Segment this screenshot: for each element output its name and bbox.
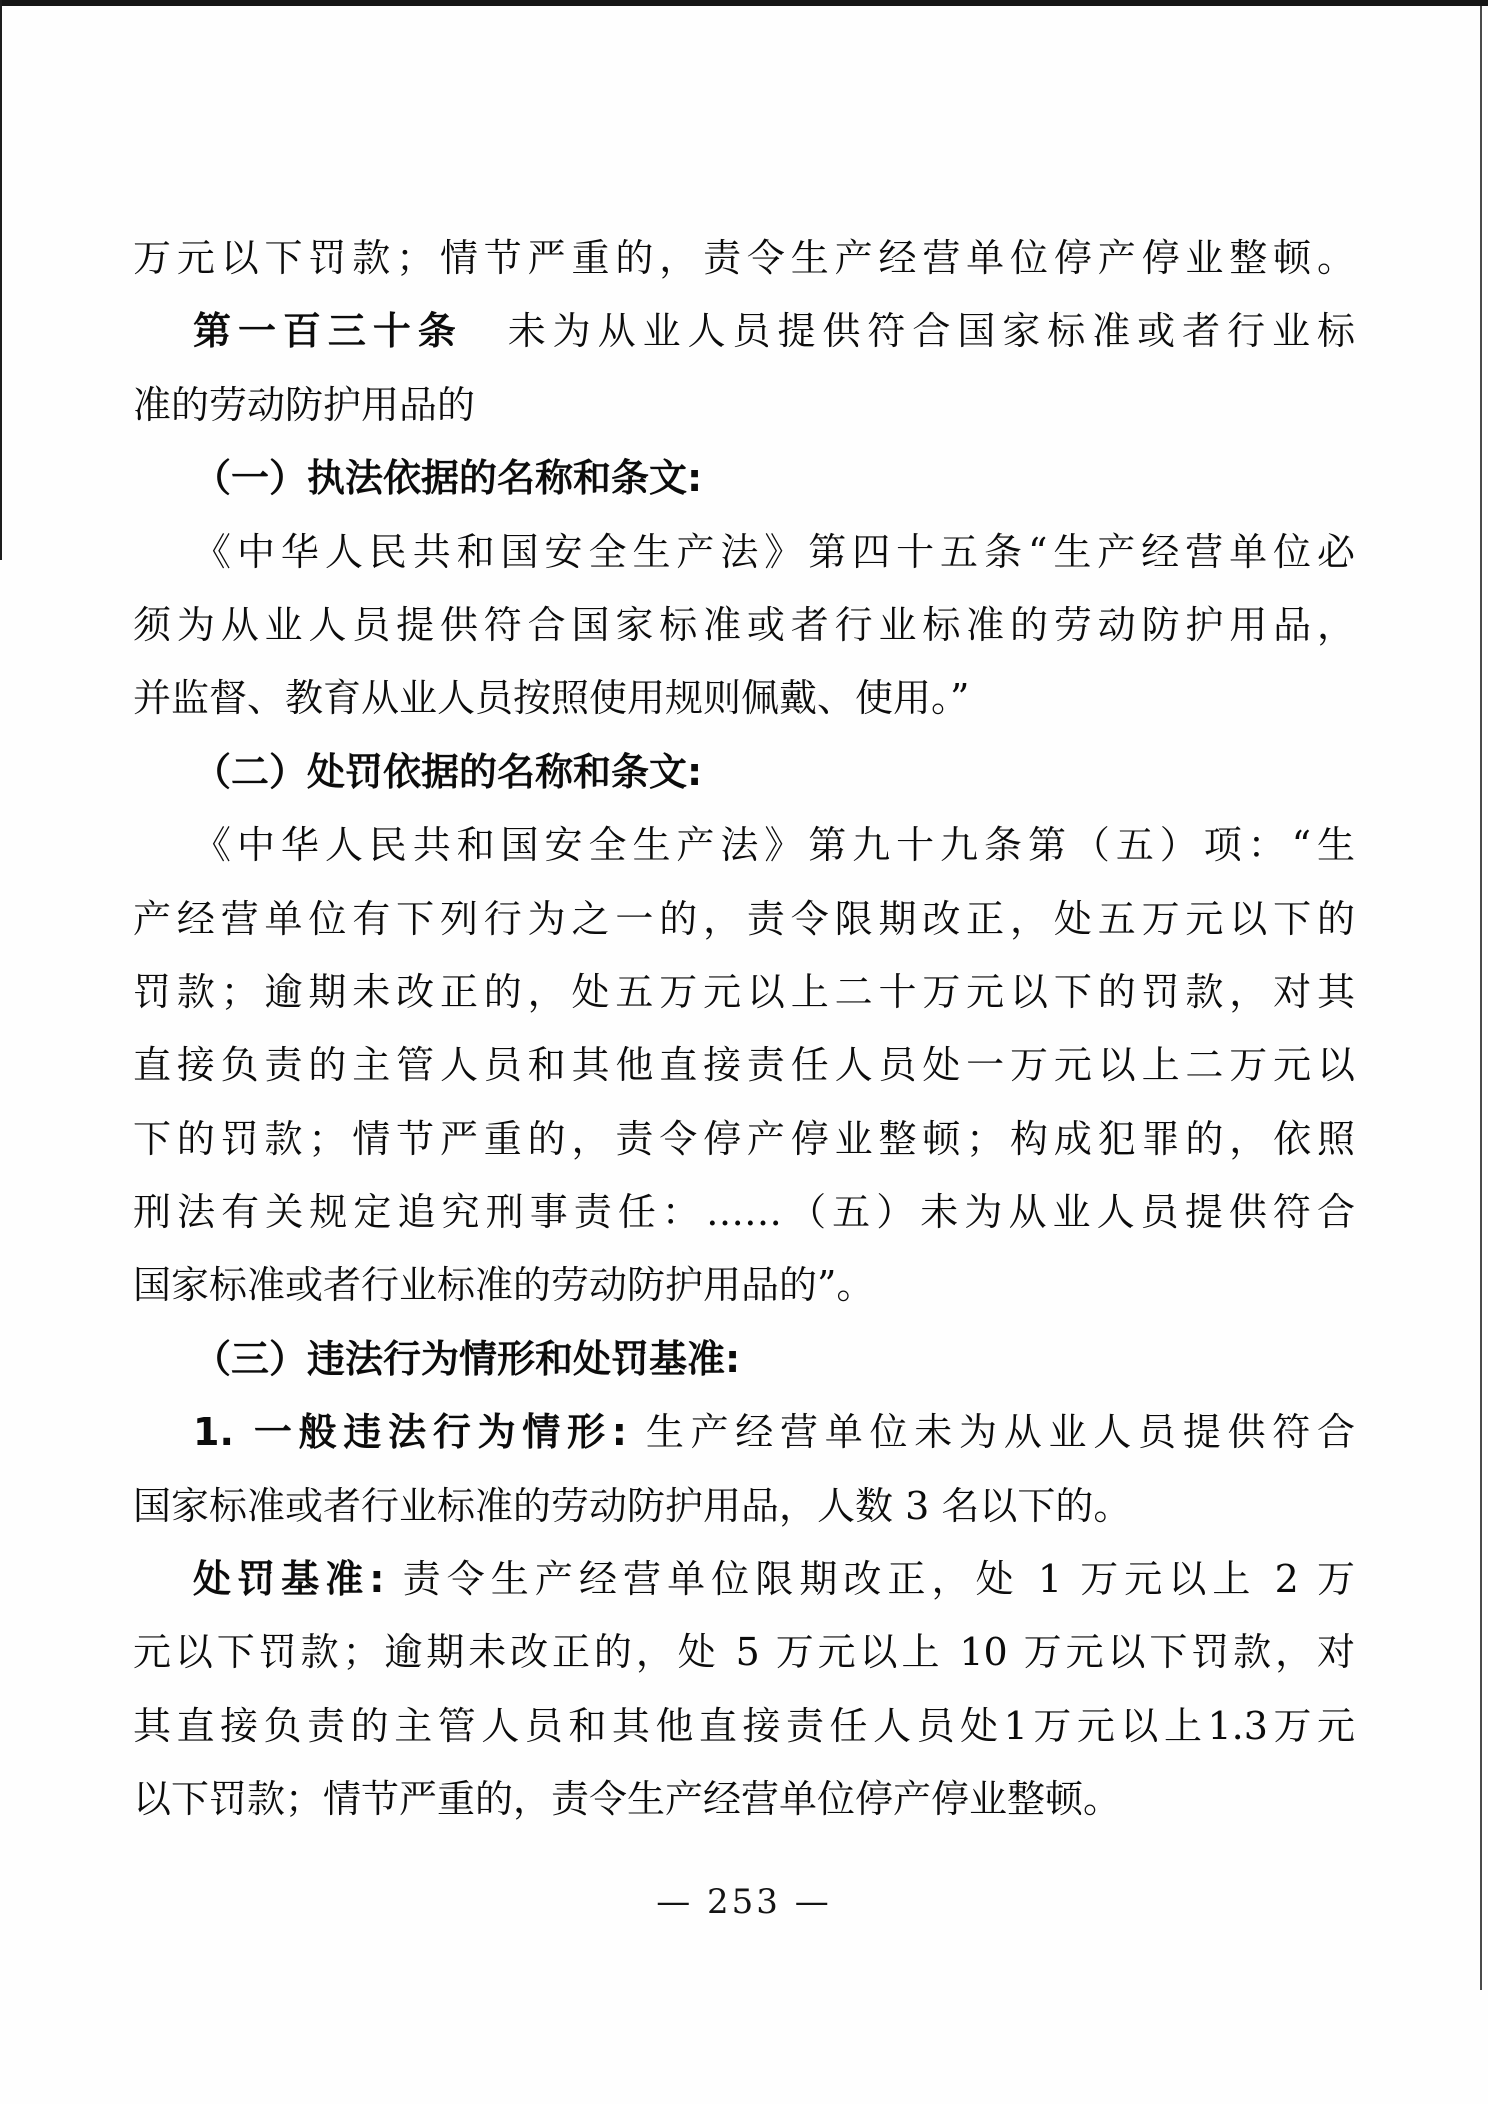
line-text: 准的劳动防护用品的 xyxy=(133,383,475,427)
line-text: 须为从业人员提供符合国家标准或者行业标准的劳动防护用品， xyxy=(133,603,1355,647)
line-text: 刑法有关规定追究刑事责任：……（五）未为从业人员提供符合 xyxy=(133,1190,1355,1234)
para-line: 直接负责的主管人员和其他直接责任人员处一万元以上二万元以 xyxy=(133,1029,1355,1102)
para-line: 以下罚款；情节严重的，责令生产经营单位停产停业整顿。 xyxy=(133,1763,1355,1836)
line-text: 国家标准或者行业标准的劳动防护用品，人数 3 名以下的。 xyxy=(133,1484,1131,1528)
line-text: 生产经营单位未为从业人员提供符合 xyxy=(627,1410,1355,1454)
para-line: 下的罚款；情节严重的，责令停产停业整顿；构成犯罪的，依照 xyxy=(133,1103,1355,1176)
para-line: 产经营单位有下列行为之一的，责令限期改正，处五万元以下的 xyxy=(133,883,1355,956)
line-text: 未为从业人员提供符合国家标准或者行业标 xyxy=(463,309,1355,353)
para-line: 罚款；逾期未改正的，处五万元以上二十万元以下的罚款，对其 xyxy=(133,956,1355,1029)
para-line: 元以下罚款；逾期未改正的，处 5 万元以上 10 万元以下罚款，对 xyxy=(133,1616,1355,1689)
line-text: 并监督、教育从业人员按照使用规则佩戴、使用。” xyxy=(133,676,969,720)
para-line: 国家标准或者行业标准的劳动防护用品，人数 3 名以下的。 xyxy=(133,1470,1355,1543)
line-text: 产经营单位有下列行为之一的，责令限期改正，处五万元以下的 xyxy=(133,897,1355,941)
scan-top-border xyxy=(0,0,1488,6)
para-line: 处罚基准: 责令生产经营单位限期改正，处 1 万元以上 2 万 xyxy=(133,1543,1355,1616)
item-label-bold: 处罚基准: xyxy=(193,1557,385,1601)
para-line: 须为从业人员提供符合国家标准或者行业标准的劳动防护用品， xyxy=(133,589,1355,662)
section-heading-line: （二）处罚依据的名称和条文: xyxy=(133,736,1355,809)
para-line: 并监督、教育从业人员按照使用规则佩戴、使用。” xyxy=(133,662,1355,735)
line-text: 罚款；逾期未改正的，处五万元以上二十万元以下的罚款，对其 xyxy=(133,970,1355,1014)
para-line: 《中华人民共和国安全生产法》第四十五条“生产经营单位必 xyxy=(133,516,1355,589)
section-heading-line: （三）违法行为情形和处罚基准: xyxy=(133,1323,1355,1396)
para-line: 万元以下罚款；情节严重的，责令生产经营单位停产停业整顿。 xyxy=(133,222,1355,295)
line-text: 元以下罚款；逾期未改正的，处 5 万元以上 10 万元以下罚款，对 xyxy=(133,1630,1355,1674)
line-text: 国家标准或者行业标准的劳动防护用品的”。 xyxy=(133,1263,874,1307)
line-text: 《中华人民共和国安全生产法》第九十九条第（五）项：“生 xyxy=(193,823,1355,867)
para-line: 准的劳动防护用品的 xyxy=(133,369,1355,442)
article-number-bold: 第一百三十条 xyxy=(193,309,463,353)
item-label-bold: 1. 一般违法行为情形: xyxy=(193,1410,627,1454)
line-text: 以下罚款；情节严重的，责令生产经营单位停产停业整顿。 xyxy=(133,1777,1121,1821)
line-text: 万元以下罚款；情节严重的，责令生产经营单位停产停业整顿。 xyxy=(133,236,1355,280)
para-line: 《中华人民共和国安全生产法》第九十九条第（五）项：“生 xyxy=(133,809,1355,882)
line-text: 其直接负责的主管人员和其他直接责任人员处1万元以上1.3万元 xyxy=(133,1704,1355,1748)
article-heading-line: 第一百三十条 未为从业人员提供符合国家标准或者行业标 xyxy=(133,295,1355,368)
page-number: — 253 — xyxy=(0,1882,1488,1922)
section-heading-bold: （二）处罚依据的名称和条文: xyxy=(193,750,702,794)
section-heading-bold: （一）执法依据的名称和条文: xyxy=(193,456,702,500)
para-line: 刑法有关规定追究刑事责任：……（五）未为从业人员提供符合 xyxy=(133,1176,1355,1249)
line-text: 直接负责的主管人员和其他直接责任人员处一万元以上二万元以 xyxy=(133,1043,1355,1087)
section-heading-bold: （三）违法行为情形和处罚基准: xyxy=(193,1337,740,1381)
scan-right-border xyxy=(1480,6,1482,1990)
scan-left-border xyxy=(0,0,2,560)
body-text: 万元以下罚款；情节严重的，责令生产经营单位停产停业整顿。 第一百三十条 未为从业… xyxy=(133,222,1355,1837)
para-line: 国家标准或者行业标准的劳动防护用品的”。 xyxy=(133,1249,1355,1322)
line-text: 下的罚款；情节严重的，责令停产停业整顿；构成犯罪的，依照 xyxy=(133,1117,1355,1161)
section-heading-line: （一）执法依据的名称和条文: xyxy=(133,442,1355,515)
para-line: 1. 一般违法行为情形: 生产经营单位未为从业人员提供符合 xyxy=(133,1396,1355,1469)
document-page: 万元以下罚款；情节严重的，责令生产经营单位停产停业整顿。 第一百三十条 未为从业… xyxy=(0,0,1488,2104)
line-text: 《中华人民共和国安全生产法》第四十五条“生产经营单位必 xyxy=(193,530,1355,574)
line-text: 责令生产经营单位限期改正，处 1 万元以上 2 万 xyxy=(385,1557,1355,1601)
para-line: 其直接负责的主管人员和其他直接责任人员处1万元以上1.3万元 xyxy=(133,1690,1355,1763)
